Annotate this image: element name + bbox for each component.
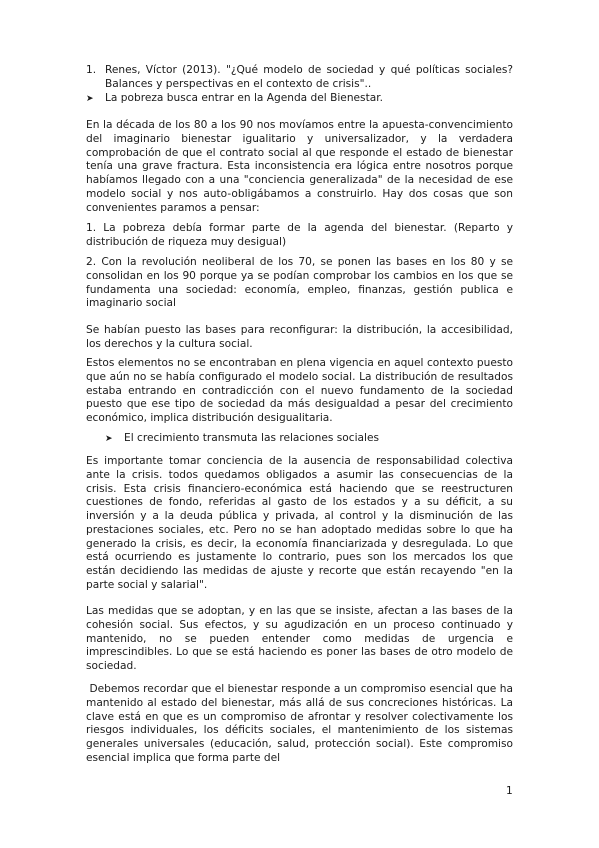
document-page: 1. Renes, Víctor (2013). "¿Qué modelo de… xyxy=(0,0,599,848)
paragraph-bases: Se habían puesto las bases para reconfig… xyxy=(86,324,513,352)
bullet-text: El crecimiento transmuta las relaciones … xyxy=(124,432,379,444)
paragraph-point-2: 2. Con la revolución neoliberal de los 7… xyxy=(86,256,513,311)
reference-text: Renes, Víctor (2013). "¿Qué modelo de so… xyxy=(105,64,513,90)
bullet-item-crecimiento: ➤El crecimiento transmuta las relaciones… xyxy=(105,432,379,447)
bullet-text: La pobreza busca entrar en la Agenda del… xyxy=(105,92,383,104)
bullet-item-pobreza: ➤La pobreza busca entrar en la Agenda de… xyxy=(86,92,383,107)
paragraph-point-1: 1. La pobreza debía formar parte de la a… xyxy=(86,222,513,250)
reference-number: 1. xyxy=(86,64,96,78)
paragraph-importante: Es importante tomar conciencia de la aus… xyxy=(86,455,513,593)
paragraph-medidas: Las medidas que se adoptan, y en las que… xyxy=(86,605,513,674)
paragraph-decada: En la década de los 80 a los 90 nos moví… xyxy=(86,119,513,215)
arrow-bullet-icon: ➤ xyxy=(105,433,124,447)
paragraph-debemos: Debemos recordar que el bienestar respon… xyxy=(86,683,513,766)
paragraph-elementos: Estos elementos no se encontraban en ple… xyxy=(86,357,513,426)
arrow-bullet-icon: ➤ xyxy=(86,93,105,107)
reference-list-item: 1. Renes, Víctor (2013). "¿Qué modelo de… xyxy=(105,64,513,92)
page-number: 1 xyxy=(506,785,513,797)
